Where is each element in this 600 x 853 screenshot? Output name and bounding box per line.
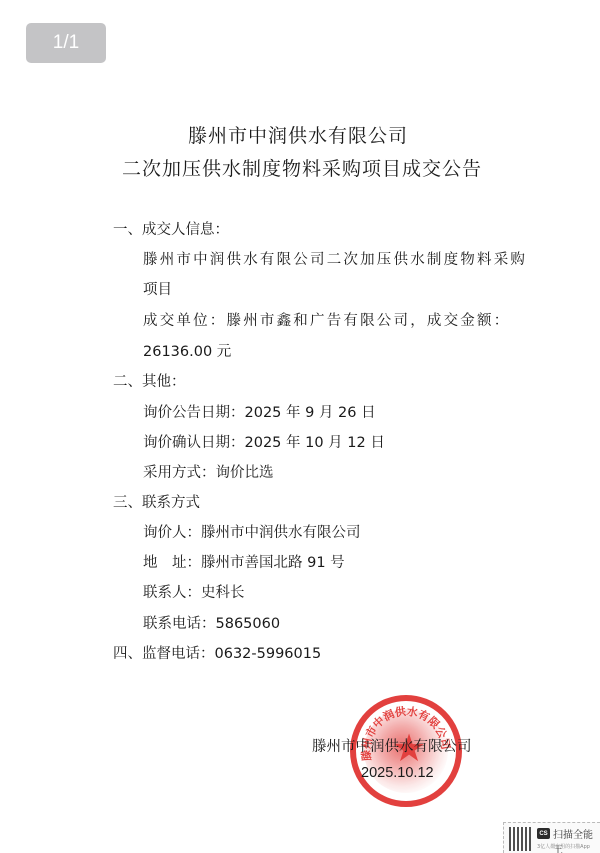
section-heading-winner-info: 一、成交人信息：: [113, 218, 229, 239]
project-name-line2: 项目: [143, 278, 172, 299]
winning-amount: 26136.00 元: [143, 340, 231, 361]
inquirer-line: 询价人：滕州市中润供水有限公司: [143, 521, 361, 542]
camscanner-logo-icon: CS: [537, 828, 550, 839]
project-name-line1: 滕州市中润供水有限公司二次加压供水制度物料采购: [143, 248, 527, 269]
page-indicator-badge: 1/1: [26, 23, 106, 63]
supervision-phone-line: 四、监督电话：0632-5996015: [113, 642, 321, 663]
watermark-tagline: 3亿人都在用的扫描App: [537, 843, 590, 850]
document-title-line2: 二次加压供水制度物料采购项目成交公告: [2, 154, 600, 181]
contact-person-line: 联系人：史科长: [143, 581, 245, 602]
contact-phone-line: 联系电话：5865060: [143, 612, 280, 633]
signature-company: 滕州市中润供水有限公司: [312, 735, 472, 756]
signature-date: 2025.10.12: [361, 765, 434, 781]
document-title-line1: 滕州市中润供水有限公司: [0, 121, 598, 148]
winning-bidder-line: 成交单位：滕州市鑫和广告有限公司，成交金额：: [143, 309, 510, 330]
section-heading-other: 二、其他：: [113, 370, 186, 391]
section-heading-contact: 三、联系方式: [113, 491, 200, 512]
page-indicator-text: 1/1: [53, 32, 79, 54]
inquiry-confirmation-date: 询价确认日期：2025 年 10 月 12 日: [143, 431, 385, 452]
procurement-method: 采用方式：询价比选: [143, 461, 274, 482]
address-line: 地 址：滕州市善国北路 91 号: [143, 551, 345, 572]
camscanner-watermark: CS 扫描全能王 3亿人都在用的扫描App: [503, 822, 600, 853]
inquiry-announcement-date: 询价公告日期：2025 年 9 月 26 日: [143, 401, 376, 422]
qr-code-icon: [509, 827, 531, 851]
